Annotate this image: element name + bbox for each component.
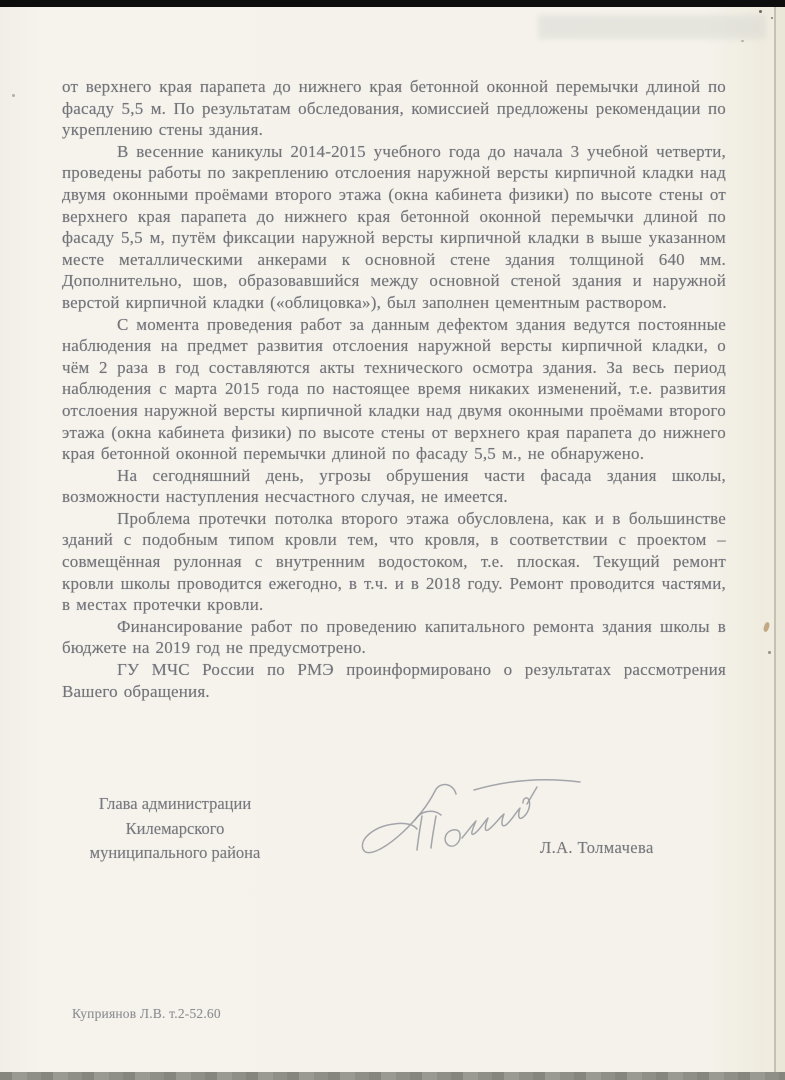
scan-speck [763, 621, 771, 632]
signer-title-line: муниципального района [66, 841, 284, 866]
body-paragraph: С момента проведения работ за данным деф… [62, 314, 726, 465]
signer-title-block: Глава администрации Килемарского муницип… [66, 792, 284, 866]
scan-edge-right-line [774, 7, 776, 1072]
body-paragraph: В весенние каникулы 2014-2015 учебного г… [62, 141, 726, 314]
scan-edge-right-strip [776, 7, 785, 1072]
scan-edge-bottom [0, 1072, 785, 1080]
signer-name: Л.А. Толмачева [540, 838, 654, 858]
scanned-letter-page: от верхнего края парапета до нижнего кра… [0, 0, 785, 1080]
body-paragraph: Финансирование работ по проведению капит… [62, 616, 726, 659]
scan-speck [771, 17, 773, 19]
body-paragraph: На сегодняшний день, угрозы обрушения ча… [62, 465, 726, 508]
body-paragraph: Проблема протечки потолка второго этажа … [62, 508, 726, 616]
scan-edge-top [0, 0, 785, 7]
body-paragraph: ГУ МЧС России по РМЭ проинформировано о … [62, 659, 726, 702]
scan-speck [759, 10, 762, 13]
footer-contact: Куприянов Л.В. т.2-52.60 [72, 1006, 221, 1022]
body-paragraph: от верхнего края парапета до нижнего кра… [62, 76, 726, 141]
scan-speck [12, 94, 15, 97]
scan-speck [741, 40, 744, 42]
signer-title-line: Килемарского [66, 817, 284, 842]
signer-title-line: Глава администрации [66, 792, 284, 817]
scan-speck [768, 651, 771, 654]
scan-artifact-band [538, 15, 766, 39]
letter-body: от верхнего края парапета до нижнего кра… [62, 76, 726, 702]
